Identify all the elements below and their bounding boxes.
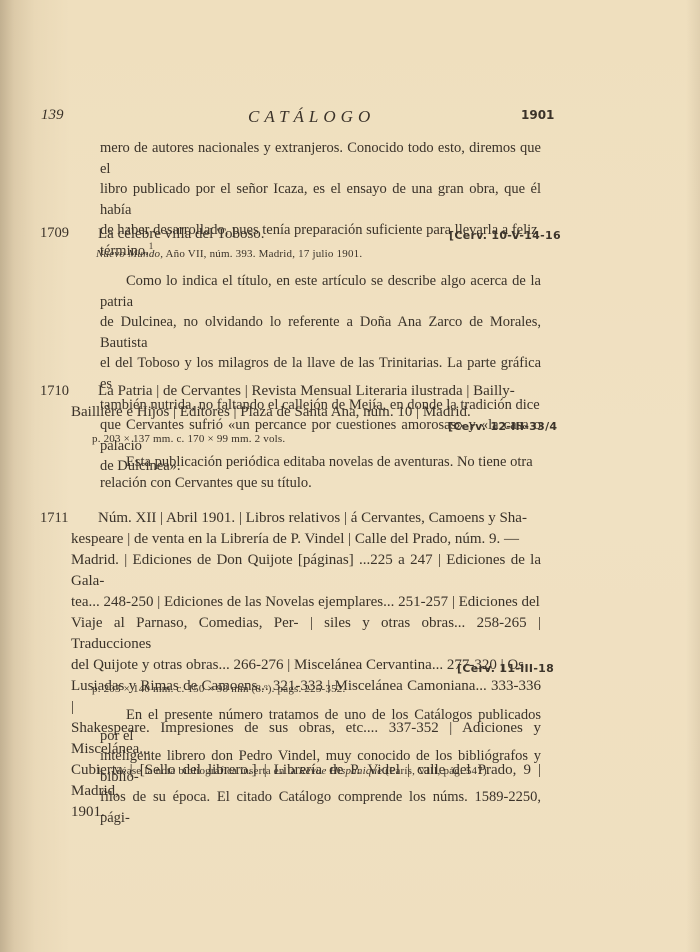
entry-note: Esta publicación periódica editaba novel…	[100, 452, 541, 493]
entry-number: 1709	[40, 225, 69, 242]
text-line: En el presente número tratamos de uno de…	[100, 705, 541, 746]
footnote-text: (París, VIII, pág. 547).	[382, 765, 489, 777]
text-line: Esta publicación periódica editaba novel…	[100, 452, 541, 473]
footnote-number: 1.	[96, 765, 105, 777]
text-line: Núm. XII | Abril 1901. | Libros relativo…	[71, 508, 541, 529]
entry-source: Nuevo Mundo, Año VII, núm. 393. Madrid, …	[96, 248, 362, 260]
text-line: Viaje al Parnaso, Comedias, Per- | siles…	[71, 613, 541, 655]
text-line: tea... 248-250 | Ediciones de las Novela…	[71, 592, 541, 613]
text-line: mero de autores nacionales y extranjeros…	[100, 138, 541, 179]
text-fragment: Esta publicación periódica editaba novel…	[126, 454, 533, 470]
text-line: de Dulcinea, no olvidando lo referente a…	[100, 312, 541, 353]
entry-title: La célebre villa del Toboso.	[98, 224, 265, 245]
running-title: CATÁLOGO	[248, 107, 375, 127]
text-line: relación con Cervantes que su título.	[100, 473, 541, 494]
running-year: 1901	[521, 108, 554, 122]
page-edge-shadow	[686, 0, 700, 952]
text-fragment: En el presente número tratamos de uno de…	[100, 707, 541, 744]
footnote-text: Véase la nota bibliográfica inserta en l…	[114, 765, 299, 777]
shelfmark: [Cerv. 12-III-33/4	[448, 420, 557, 433]
text-fragment: Como lo indica el título, en este artícu…	[100, 273, 541, 310]
text-line: La Patria | de Cervantes | Revista Mensu…	[71, 381, 541, 402]
text-line: Como lo indica el título, en este artícu…	[100, 271, 541, 312]
running-head: 139 CATÁLOGO 1901	[0, 107, 700, 129]
physical-description: p. 203 × 140 mm. c. 150 × 98 mm (8.º). p…	[92, 683, 345, 695]
source-details: Año VII, núm. 393. Madrid, 17 julio 1901…	[163, 248, 362, 260]
text-line: libro publicado por el señor Icaza, es e…	[100, 179, 541, 220]
entry-note: Como lo indica el título, en este artícu…	[100, 271, 541, 477]
text-line: kespeare | de venta en la Librería de P.…	[71, 529, 541, 550]
footnote: 1. Véase la nota bibliográfica inserta e…	[96, 765, 490, 777]
source-title: Nuevo Mundo,	[96, 248, 163, 260]
physical-description: p. 203 × 137 mm. c. 170 × 99 mm. 2 vols.	[92, 433, 285, 445]
entry-number: 1710	[40, 383, 69, 400]
entry-title: La Patria | de Cervantes | Revista Mensu…	[71, 381, 541, 423]
text-line: Madrid. | Ediciones de Don Quijote [pági…	[71, 550, 541, 592]
text-line: filos de su época. El citado Catálogo co…	[100, 787, 541, 828]
shelfmark: [Cerv. 10-V-14-16	[449, 229, 561, 242]
page-number: 139	[41, 107, 64, 124]
footnote-italic-title: Revue Hispanique	[299, 765, 383, 777]
shelfmark: [Cerv. 11-III-18	[457, 662, 554, 675]
entry-number: 1711	[40, 510, 68, 527]
